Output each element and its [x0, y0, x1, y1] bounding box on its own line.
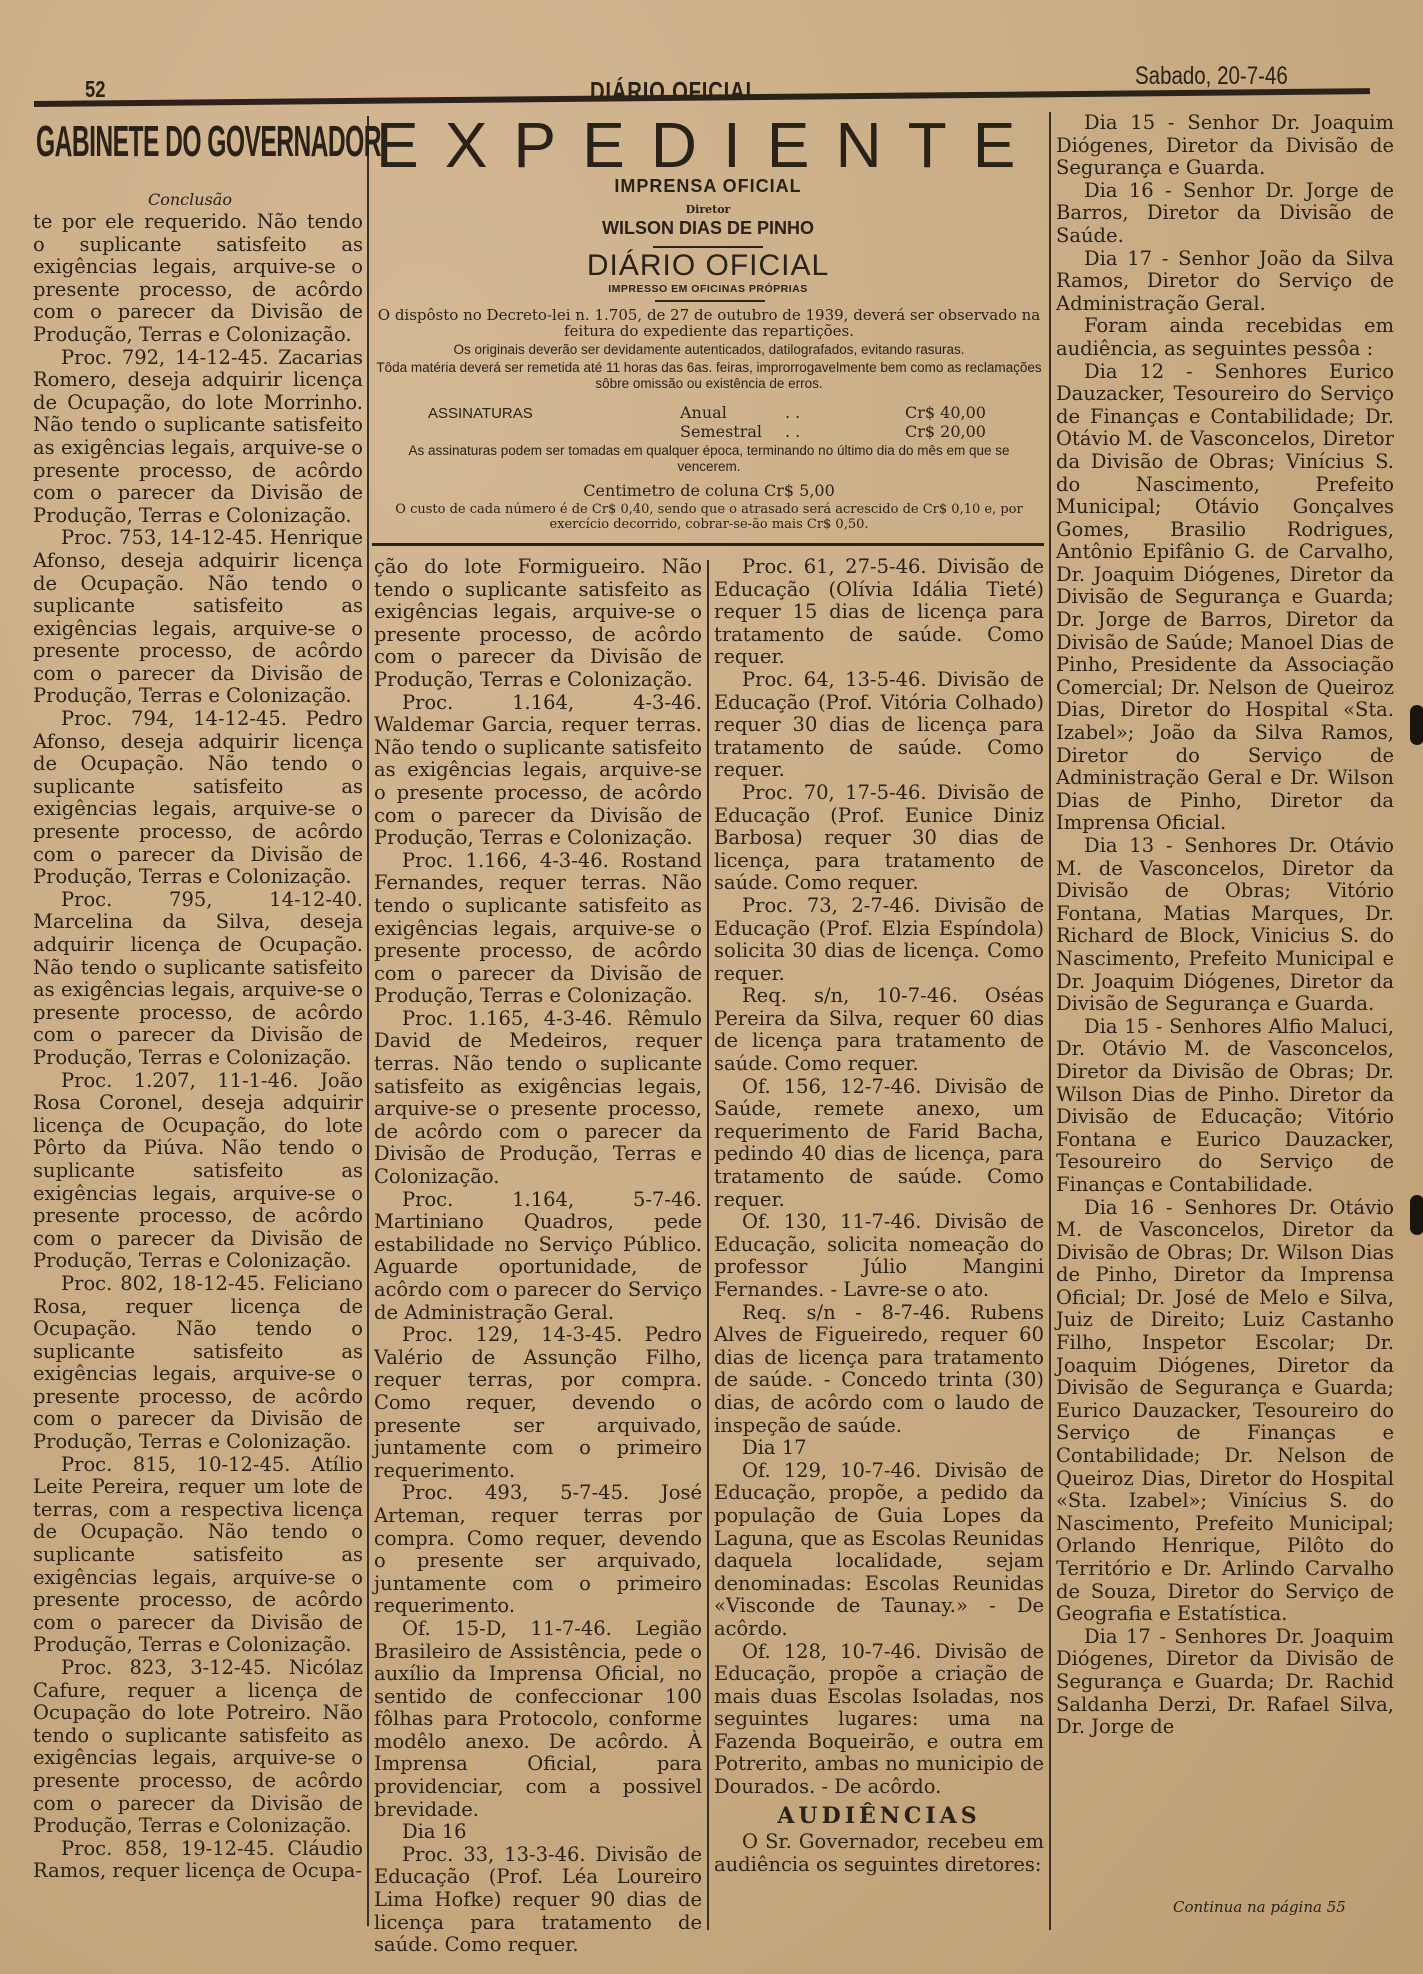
- section-heading-audiencias: AUDIÊNCIAS: [714, 1805, 1044, 1828]
- custo-notice: O custo de cada número é de Cr$ 0,40, se…: [376, 502, 1042, 532]
- binding-mark: [1410, 705, 1423, 745]
- issue-date: Sabado, 20-7-46: [1135, 62, 1288, 91]
- plan-dots: . .: [785, 403, 800, 422]
- paragraph: Dia 17 - Senhor João da Silva Ramos, Dir…: [1056, 248, 1394, 316]
- paragraph: Of. 130, 11-7-46. Divisão de Educação, s…: [714, 1211, 1044, 1301]
- diretor-name: WILSON DIAS DE PINHO: [370, 218, 1046, 239]
- plan-price-anual: Cr$ 40,00: [905, 403, 986, 422]
- paragraph: Proc. 73, 2-7-46. Divisão de Educação (P…: [714, 895, 1044, 985]
- column-divider: [367, 116, 369, 1926]
- paragraph: Dia 16 - Senhores Dr. Otávio M. de Vasco…: [1056, 1197, 1394, 1626]
- section-title-gabinete: GABINETE DO GOVERNADOR: [36, 118, 221, 166]
- assinaturas-note: As assinaturas podem ser tomadas em qual…: [376, 443, 1042, 475]
- publication-title: DIÁRIO OFICIAL: [590, 76, 759, 107]
- paragraph: Of. 156, 12-7-46. Divisão de Saúde, reme…: [714, 1076, 1044, 1212]
- assinaturas-label: ASSINATURAS: [428, 405, 533, 422]
- paragraph: Of. 15-D, 11-7-46. Legião Brasileiro de …: [374, 1618, 702, 1821]
- paragraph: Proc. 493, 5-7-45. José Arteman, requer …: [374, 1482, 702, 1618]
- materia-notice: Tôda matéria deverá ser remetida até 11 …: [376, 360, 1042, 392]
- column-3: Proc. 61, 27-5-46. Divisão de Educação (…: [714, 556, 1044, 1876]
- paragraph: Proc. 792, 14-12-45. Zacarias Romero, de…: [33, 347, 363, 528]
- column-4: Dia 15 - Senhor Dr. Joaquim Diógenes, Di…: [1056, 112, 1394, 1739]
- paragraph: Proc. 1.164, 5-7-46. Martiniano Quadros,…: [374, 1189, 702, 1325]
- divider: [655, 300, 765, 302]
- diretor-label: Diretor: [370, 203, 1046, 216]
- paragraph: Req. s/n, 10-7-46. Oséas Pereira da Silv…: [714, 985, 1044, 1075]
- divider: [653, 246, 763, 248]
- paragraph: Dia 15 - Senhor Dr. Joaquim Diógenes, Di…: [1056, 112, 1394, 180]
- paragraph: Proc. 33, 13-3-46. Divisão de Educação (…: [374, 1844, 702, 1957]
- paragraph: ção do lote Formigueiro. Não tendo o sup…: [374, 556, 702, 692]
- paragraph: Proc. 64, 13-5-46. Divisão de Educação (…: [714, 669, 1044, 782]
- plan-name-semestral: Semestral: [680, 422, 762, 441]
- plan-dots: . .: [785, 422, 800, 441]
- paragraph: Proc. 802, 18-12-45. Feliciano Rosa, req…: [33, 1273, 363, 1454]
- imprensa-oficial-label: IMPRENSA OFICIAL: [370, 176, 1046, 197]
- paragraph: Of. 129, 10-7-46. Divisão de Educação, p…: [714, 1460, 1044, 1641]
- expediente-title: EXPEDIENTE: [376, 112, 1046, 178]
- paragraph: Dia 16 - Senhor Dr. Jorge de Barros, Dir…: [1056, 180, 1394, 248]
- paragraph: Dia 13 - Senhores Dr. Otávio M. de Vasco…: [1056, 835, 1394, 1016]
- page-number: 52: [85, 76, 105, 103]
- paragraph: Proc. 795, 14-12-40. Marcelina da Silva,…: [33, 889, 363, 1070]
- plan-name-anual: Anual: [680, 403, 727, 422]
- column-divider: [707, 560, 709, 1930]
- paragraph: O Sr. Governador, recebeu em audiência o…: [714, 1831, 1044, 1876]
- section-subtitle: Conclusão: [148, 190, 232, 209]
- paragraph: te por ele requerido. Não tendo o suplic…: [33, 211, 363, 347]
- paragraph: Dia 17 - Senhores Dr. Joaquim Diógenes, …: [1056, 1626, 1394, 1739]
- impresso-label: IMPRESSO EM OFICINAS PRÓPRIAS: [370, 283, 1046, 295]
- centimetro-price: Centimetro de coluna Cr$ 5,00: [376, 483, 1042, 499]
- paragraph: Proc. 794, 14-12-45. Pedro Afonso, desej…: [33, 708, 363, 889]
- decreto-notice: O dispôsto no Decreto-lei n. 1.705, de 2…: [376, 307, 1042, 339]
- paragraph: Dia 15 - Senhores Alfio Maluci, Dr. Otáv…: [1056, 1016, 1394, 1197]
- expediente-bottom-rule: [372, 543, 1044, 546]
- paragraph: Proc. 1.166, 4-3-46. Rostand Fernandes, …: [374, 850, 702, 1008]
- paragraph: Of. 128, 10-7-46. Divisão de Educação, p…: [714, 1641, 1044, 1799]
- day-heading: Dia 17: [714, 1437, 1044, 1460]
- paragraph: Proc. 823, 3-12-45. Nicólaz Cafure, requ…: [33, 1657, 363, 1838]
- paragraph: Proc. 70, 17-5-46. Divisão de Educação (…: [714, 782, 1044, 895]
- paragraph: Proc. 1.207, 11-1-46. João Rosa Coronel,…: [33, 1070, 363, 1273]
- paragraph: Proc. 1.164, 4-3-46. Waldemar Garcia, re…: [374, 692, 702, 850]
- paragraph: Proc. 753, 14-12-45. Henrique Afonso, de…: [33, 527, 363, 708]
- newspaper-page: 52 DIÁRIO OFICIAL Sabado, 20-7-46 GABINE…: [0, 0, 1423, 1974]
- column-gabinete: te por ele requerido. Não tendo o suplic…: [33, 211, 363, 1883]
- paragraph: Foram ainda recebidas em audiência, as s…: [1056, 315, 1394, 360]
- paragraph: Proc. 129, 14-3-45. Pedro Valério de Ass…: [374, 1324, 702, 1482]
- binding-mark: [1410, 1195, 1423, 1235]
- paragraph: Proc. 858, 19-12-45. Cláudio Ramos, requ…: [33, 1838, 363, 1883]
- paragraph: Proc. 1.165, 4-3-46. Rêmulo David de Med…: [374, 1008, 702, 1189]
- paragraph: Proc. 815, 10-12-45. Atílio Leite Pereir…: [33, 1454, 363, 1657]
- paragraph: Dia 12 - Senhores Eurico Dauzacker, Teso…: [1056, 361, 1394, 835]
- day-heading: Dia 16: [374, 1821, 702, 1844]
- paragraph: Req. s/n - 8-7-46. Rubens Alves de Figue…: [714, 1302, 1044, 1438]
- paragraph: Proc. 61, 27-5-46. Divisão de Educação (…: [714, 556, 1044, 669]
- originais-notice: Os originais deverão ser devidamente aut…: [376, 342, 1042, 358]
- diario-oficial-masthead: DIÁRIO OFICIAL: [370, 249, 1046, 283]
- plan-price-semestral: Cr$ 20,00: [905, 422, 986, 441]
- column-divider: [1049, 112, 1051, 1930]
- continued-on-page-note: Continua na página 55: [1173, 1898, 1346, 1916]
- column-2: ção do lote Formigueiro. Não tendo o sup…: [374, 556, 702, 1957]
